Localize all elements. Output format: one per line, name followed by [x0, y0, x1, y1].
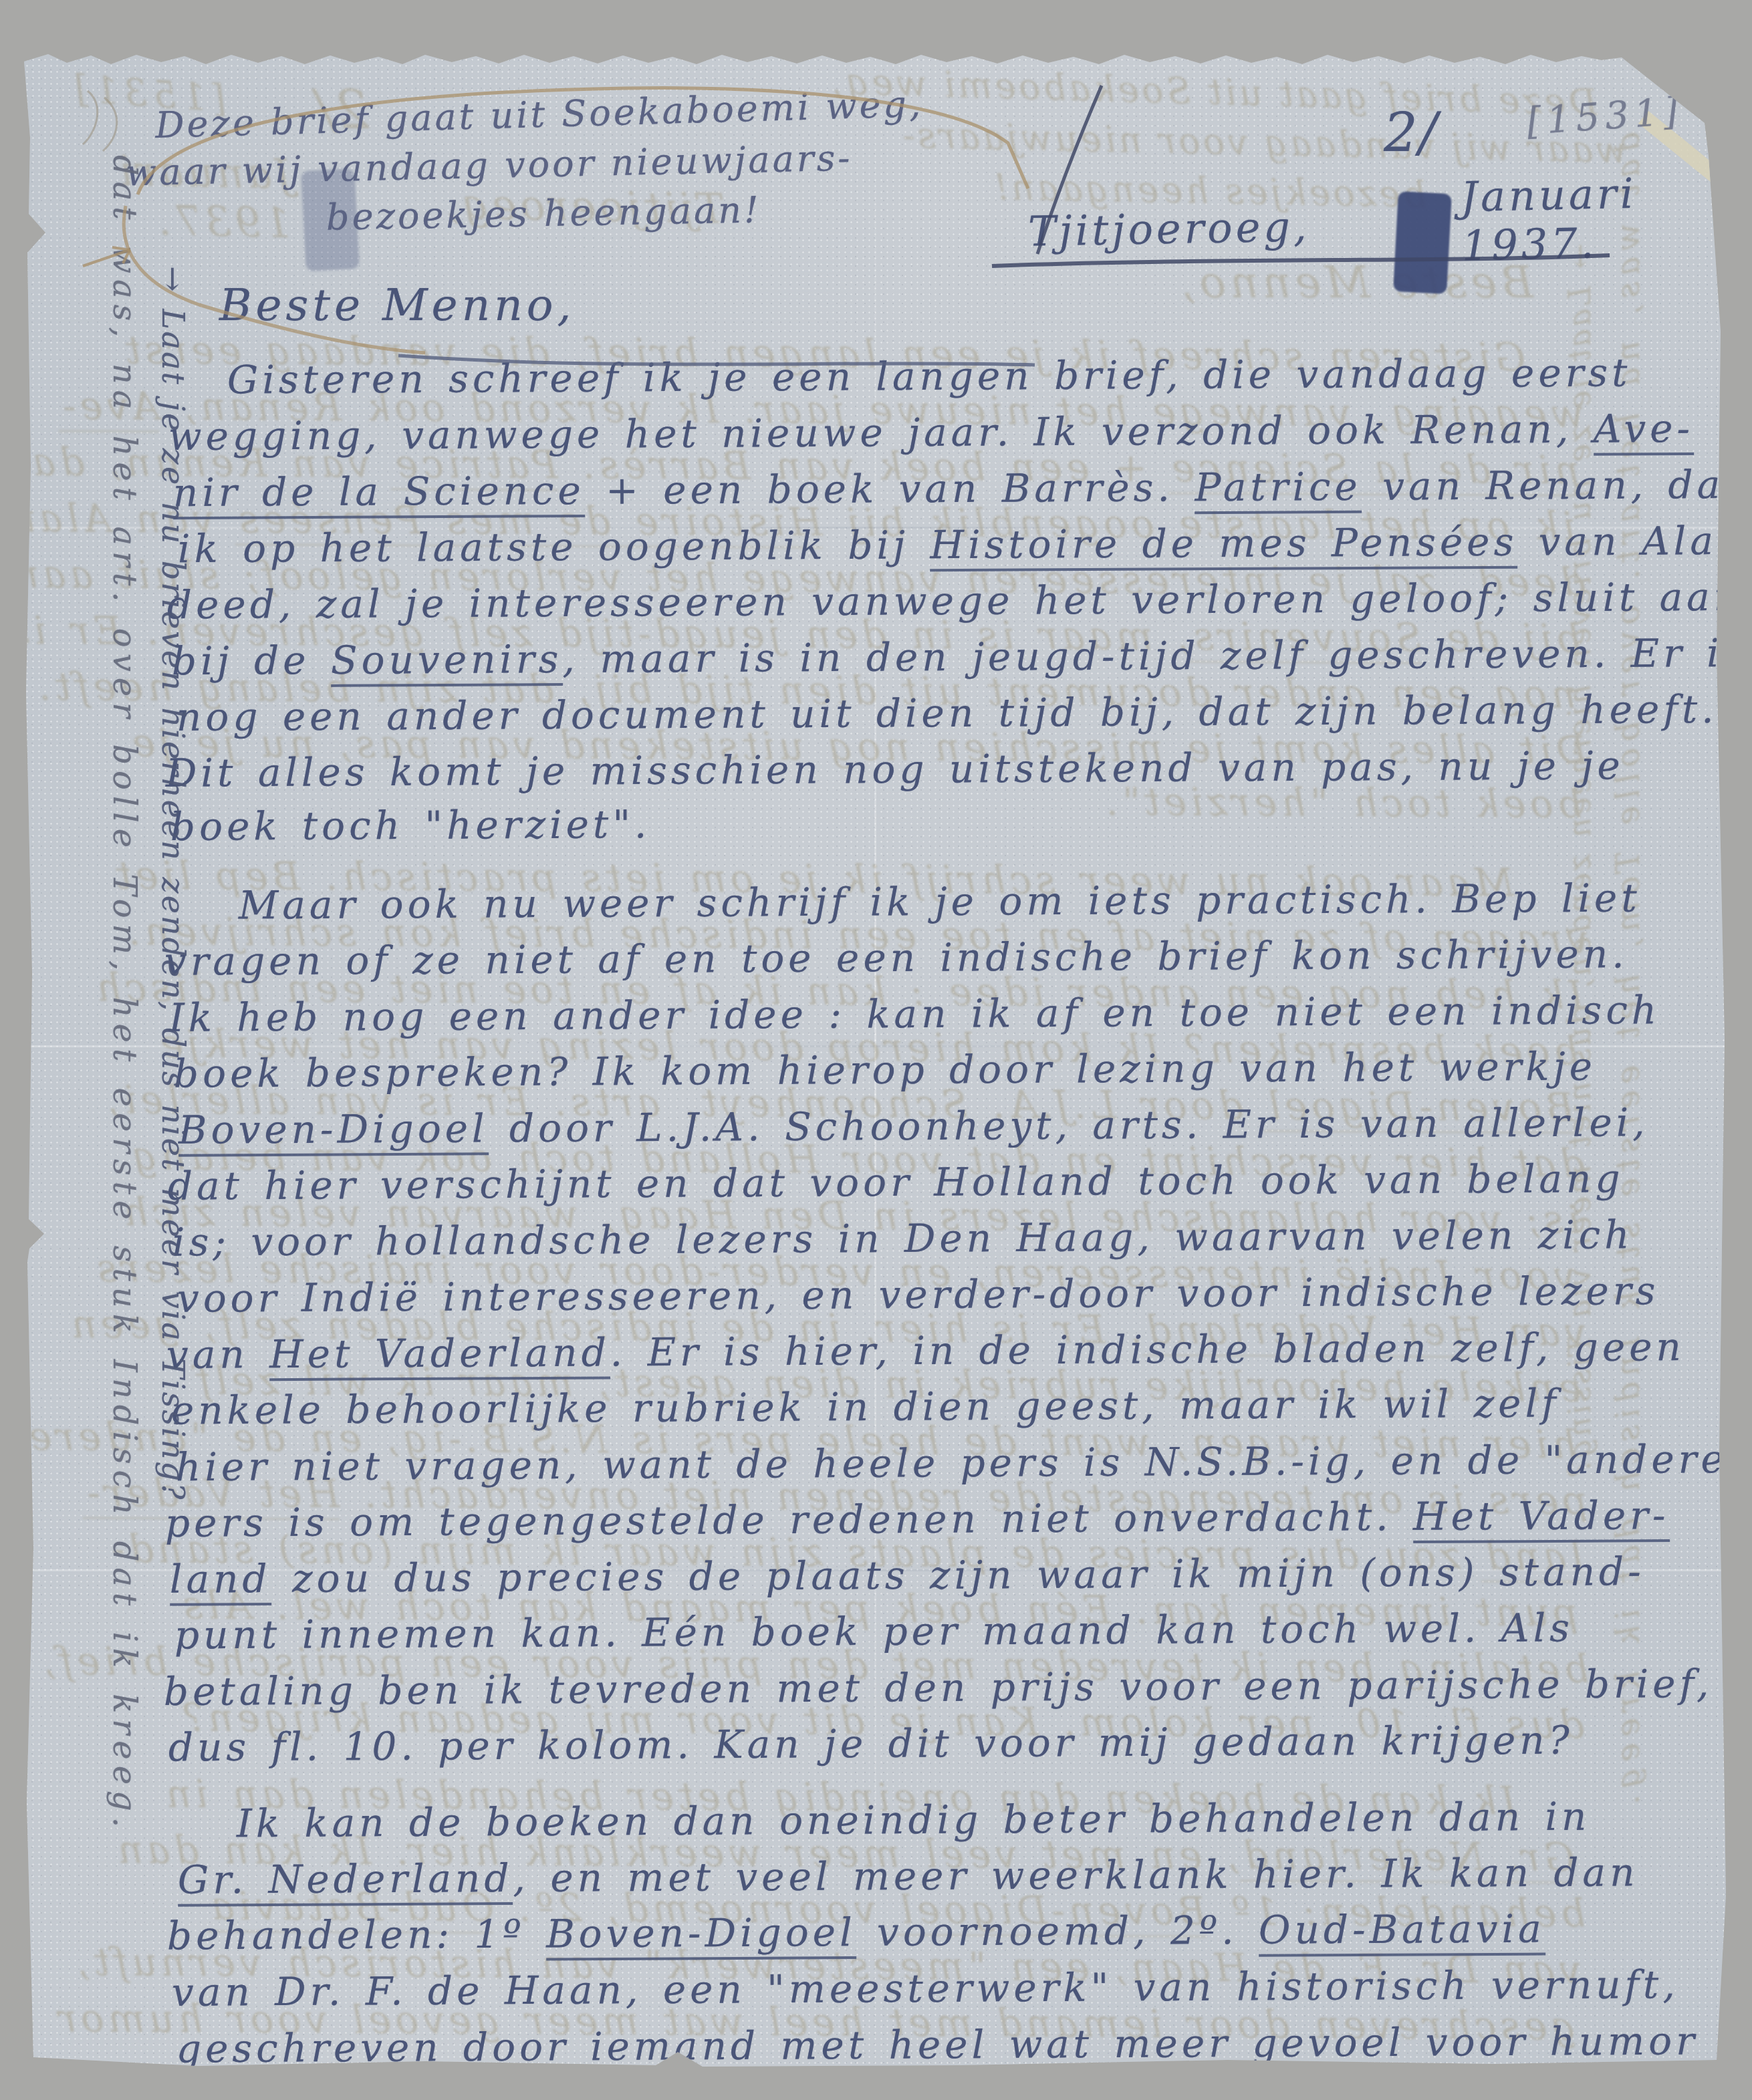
ink-layer: Deze brief gaat uit Soekaboemi weg, waar… [24, 51, 1729, 2068]
letter-line: dus fl. 10. per kolom. Kan je dit voor m… [168, 1716, 1574, 1770]
text-run: Ik kan de boeken dan oneindig beter beha… [237, 1794, 1591, 1847]
text-run: voor Indië interesseeren, en verder-door… [177, 1268, 1660, 1321]
text-run: wegging, vanwege het nieuwe jaar. Ik ver… [168, 406, 1594, 459]
underlined-text: Boven-Digoel [178, 1105, 489, 1156]
text-run: , en met veel meer weerklank hier. Ik ka… [513, 1849, 1638, 1901]
letter-line: vragen of ze niet af en toe een indische… [164, 930, 1628, 985]
letter-line: nir de la Science + een boek van Barrès.… [173, 461, 1744, 516]
underlined-text: Oud-Batavia [1259, 1906, 1545, 1957]
text-run: Maar ook nu weer schrijf ik je om iets p… [239, 876, 1641, 928]
letter-line: betaling ben ik tevreden met den prijs v… [164, 1660, 1713, 1715]
text-run: bij de [172, 638, 331, 684]
text-run: , maar is in den jeugd-tijd zelf geschre… [562, 630, 1747, 682]
letter-line: Boven-Digoel door L.J.A. Schoonheyt, art… [178, 1099, 1649, 1154]
text-run: dat hier verschijnt en dat voor Holland … [168, 1156, 1624, 1208]
text-run: geschreven door iemand met heel wat meer… [176, 2018, 1752, 2072]
letter-line: Ik kan de boeken dan oneindig beter beha… [237, 1793, 1591, 1847]
letter-line: geschreven door iemand met heel wat meer… [176, 2017, 1752, 2073]
text-run: betaling ben ik tevreden met den prijs v… [164, 1661, 1713, 1714]
header-note-line: Deze brief gaat uit Soekaboemi weg, [154, 83, 924, 146]
dateline-month-year: Januari 1937. [1461, 167, 1730, 270]
text-run: voornoemd, 2º. [856, 1908, 1259, 1955]
text-run: door L.J.A. Schoonheyt, arts. Er is van … [488, 1099, 1648, 1151]
scanned-letter-page: Deze brief gaat uit Soekaboemi weg, waar… [0, 0, 1752, 2100]
text-run: dus fl. 10. per kolom. Kan je dit voor m… [168, 1717, 1574, 1770]
header-note-line: bezoekjes heengaan! [326, 188, 761, 238]
text-run: van Dr. F. de Haan, een "meesterwerk" va… [172, 1962, 1679, 2015]
text-run: nog een ander document uit dien tijd bij… [176, 686, 1718, 740]
text-run: ik op het laatste oogenblik bij [178, 522, 930, 571]
text-run: hier niet vragen, want de heele pers is … [176, 1436, 1750, 1490]
text-run: boek toch "herziet". [170, 801, 651, 849]
text-run: pers is om tegengestelde redenen niet on… [165, 1494, 1413, 1546]
letter-line: bij de Souvenirs, maar is in den jeugd-t… [172, 630, 1747, 684]
letter-line: van Het Vaderland. Er is hier, in de ind… [166, 1323, 1685, 1378]
letter-line: wegging, vanwege het nieuwe jaar. Ik ver… [168, 405, 1694, 460]
text-run: . Er is hier, in de indische bladen zelf… [610, 1324, 1685, 1375]
underlined-text: Histoire de mes Pensées [930, 519, 1517, 572]
letter-line: is; voor hollandsche lezers in Den Haag,… [172, 1211, 1634, 1265]
letter-line: land zou dus precies de plaats zijn waar… [170, 1548, 1645, 1603]
margin-note-outer: dat was, na het art. over bolle Tom, het… [106, 155, 143, 1833]
text-run: + een boek van Barrès. [585, 465, 1195, 513]
margin-note-inner: → Laat je ze nu brieven hierheen zenden,… [155, 266, 191, 1502]
letter-line: Dit alles komt je misschien nog uitsteke… [166, 742, 1624, 796]
letter-line: deed, zal je interesseeren vanwege het v… [167, 573, 1743, 628]
underlined-text: Het Vader- [1413, 1492, 1670, 1543]
letter-line: ik op het laatste oogenblik bij Histoire… [178, 517, 1752, 572]
underlined-text: land [170, 1556, 271, 1606]
underlined-text: Patrice [1195, 464, 1362, 514]
letter-line: Ik heb nog een ander idee : kan ik af en… [169, 987, 1660, 1041]
text-run: punt innemen kan. Eén boek per maand kan… [174, 1605, 1574, 1658]
text-run: enkele behoorlijke rubriek in dien geest… [171, 1381, 1560, 1434]
text-run: is; voor hollandsche lezers in Den Haag,… [172, 1212, 1634, 1265]
text-run: van Renan, dat [1362, 462, 1744, 509]
text-run: Gisteren schreef ik je een langen brief,… [227, 350, 1632, 403]
underlined-text: nir de la Science [173, 468, 585, 519]
letter-line: voor Indië interesseeren, en verder-door… [177, 1267, 1660, 1322]
letter-line: Gisteren schreef ik je een langen brief,… [227, 350, 1632, 404]
dateline-place: Tjitjoeroeg, [1027, 202, 1310, 255]
text-run: deed, zal je interesseeren vanwege het v… [167, 574, 1743, 628]
letter-line: Gr. Nederland, en met veel meer weerklan… [178, 1849, 1639, 1903]
text-run: Ik heb nog een ander idee : kan ik af en… [169, 987, 1660, 1041]
underlined-text: Het Vaderland [269, 1329, 610, 1381]
letter-line: punt innemen kan. Eén boek per maand kan… [174, 1605, 1574, 1659]
archive-number-pencil: [1531] [1525, 90, 1684, 144]
letter-line: van Dr. F. de Haan, een "meesterwerk" va… [172, 1961, 1679, 2016]
text-run: vragen of ze niet af en toe een indische… [164, 931, 1628, 984]
letter-line: pers is om tegengestelde redenen niet on… [165, 1492, 1670, 1547]
header-note-line: waar wij vandaag voor nieuwjaars- [125, 137, 853, 194]
text-run: zou dus precies de plaats zijn waar ik m… [271, 1549, 1644, 1601]
letter-line: boek toch "herziet". [170, 801, 651, 850]
letter-line: boek bespreken? Ik kom hierop door lezin… [174, 1043, 1596, 1097]
text-run: behandelen: 1º [167, 1911, 546, 1958]
salutation: Beste Menno, [219, 279, 575, 331]
letter-line: enkele behoorlijke rubriek in dien geest… [171, 1380, 1560, 1434]
text-run: van Alain [1517, 518, 1752, 565]
ink-blot [1393, 191, 1452, 294]
letter-line: behandelen: 1º Boven-Digoel voornoemd, 2… [167, 1906, 1545, 1960]
letter-paper: Deze brief gaat uit Soekaboemi weg, waar… [24, 51, 1729, 2068]
letter-line: Maar ook nu weer schrijf ik je om iets p… [239, 875, 1641, 929]
underlined-text: Souvenirs [331, 636, 563, 687]
letter-line: dat hier verschijnt en dat voor Holland … [168, 1155, 1624, 1209]
text-run: Dit alles komt je misschien nog uitsteke… [166, 743, 1624, 795]
underlined-text: Boven-Digoel [546, 1910, 856, 1960]
letter-line: nog een ander document uit dien tijd bij… [176, 686, 1718, 741]
underlined-text: Gr. Nederland [178, 1855, 513, 1907]
dateline-day-correction: 2/ [1384, 102, 1438, 164]
text-run: boek bespreken? Ik kom hierop door lezin… [174, 1043, 1596, 1096]
letter-line: hier niet vragen, want de heele pers is … [176, 1436, 1750, 1490]
underlined-text: Ave- [1594, 406, 1695, 456]
